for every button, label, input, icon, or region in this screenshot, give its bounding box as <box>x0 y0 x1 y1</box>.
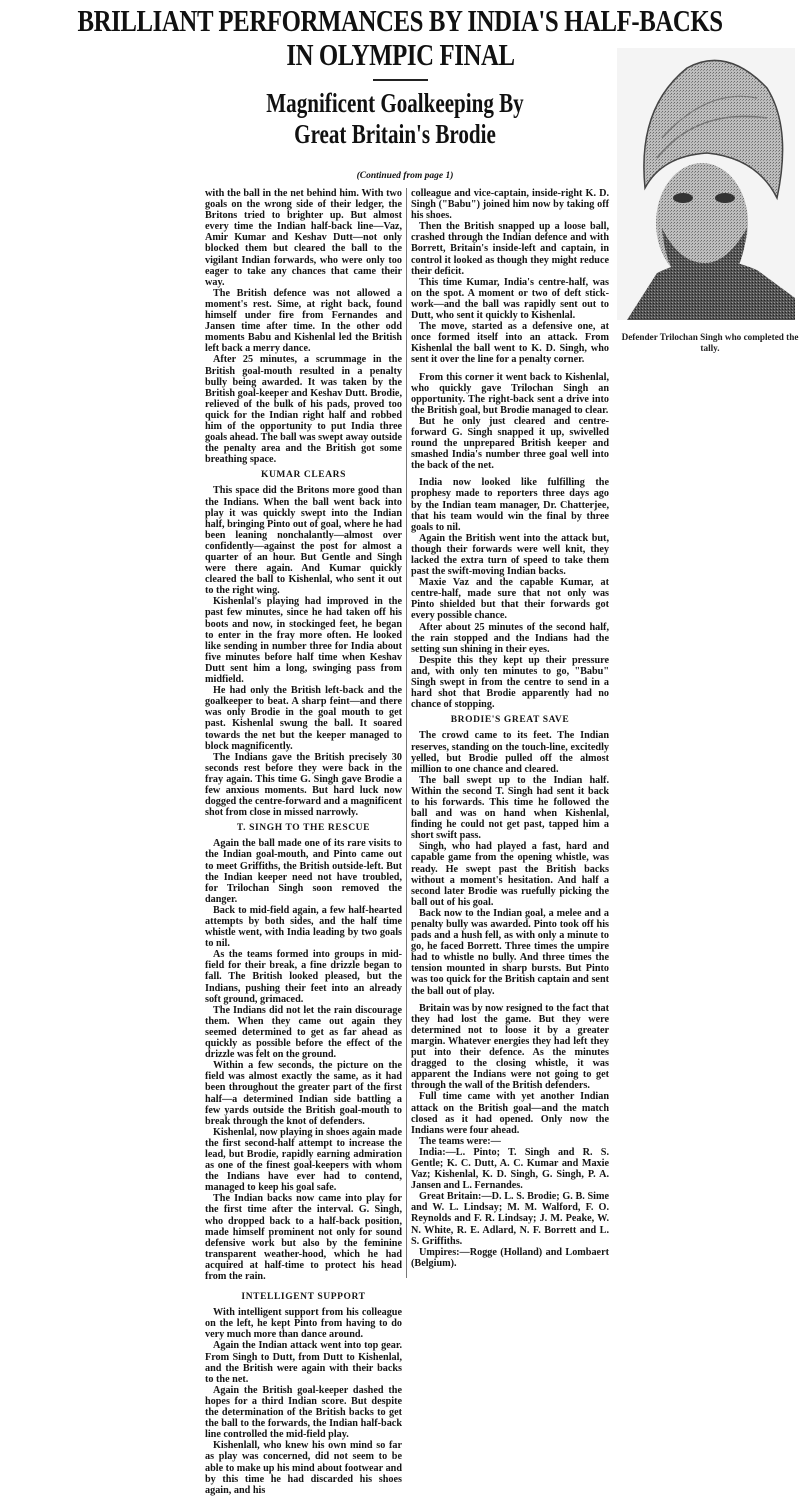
section-heading: INTELLIGENT SUPPORT <box>205 1292 402 1303</box>
paragraph: Again the ball made one of its rare visi… <box>205 838 402 905</box>
paragraph: With intelligent support from his collea… <box>205 1307 402 1340</box>
paragraph: After 25 minutes, a scrummage in the Bri… <box>205 354 402 465</box>
paragraph: with the ball in the net behind him. Wit… <box>205 188 402 288</box>
paragraph: Britain was by now resigned to the fact … <box>411 1003 609 1092</box>
paragraph: colleague and vice-captain, inside-right… <box>411 188 609 221</box>
paragraph: The ball swept up to the Indian half. Wi… <box>411 775 609 842</box>
paragraph: Within a few seconds, the picture on the… <box>205 1060 402 1127</box>
photo-caption: Defender Trilochan Singh who completed t… <box>620 332 800 354</box>
paragraph: Again the Indian attack went into top ge… <box>205 1340 402 1384</box>
team-list-india: India:—L. Pinto; T. Singh and R. S. Gent… <box>411 1147 609 1191</box>
subhead-line-2: Great Britain's Brodie <box>212 119 579 150</box>
paragraph: Back now to the Indian goal, a melee and… <box>411 908 609 997</box>
team-list-great-britain: Great Britain:—D. L. S. Brodie; G. B. Si… <box>411 1191 609 1246</box>
paragraph: Kishenlal, now playing in shoes again ma… <box>205 1127 402 1194</box>
paragraph: India now looked like fulfilling the pro… <box>411 477 609 532</box>
headline-line-1: BRILLIANT PERFORMANCES BY INDIA'S HALF-B… <box>0 4 800 38</box>
paragraph: Maxie Vaz and the capable Kumar, at cent… <box>411 577 609 621</box>
headline-divider <box>373 79 428 81</box>
paragraph: Then the British snapped up a loose ball… <box>411 221 609 276</box>
paragraph: Kishenlal's playing had improved in the … <box>205 596 402 685</box>
paragraph: The Indian backs now came into play for … <box>205 1193 402 1282</box>
paragraph: From this corner it went back to Kishenl… <box>411 372 609 416</box>
article-column-left: with the ball in the net behind him. Wit… <box>205 188 402 1496</box>
paragraph: But he only just cleared and centre-forw… <box>411 416 609 471</box>
paragraph: This space did the Britons more good tha… <box>205 485 402 596</box>
paragraph: He had only the British left-back and th… <box>205 685 402 752</box>
paragraph: The Indians did not let the rain discour… <box>205 1005 402 1060</box>
paragraph: Again the British went into the attack b… <box>411 533 609 577</box>
continued-note: (Continued from page 1) <box>200 171 610 181</box>
subhead-line-1: Magnificent Goalkeeping By <box>212 88 579 119</box>
paragraph: Kishenlall, who knew his own mind so far… <box>205 1440 402 1495</box>
portrait-icon <box>617 48 795 320</box>
article-column-right: colleague and vice-captain, inside-right… <box>411 188 609 1269</box>
paragraph: This time Kumar, India's centre-half, wa… <box>411 277 609 321</box>
portrait-photo <box>617 48 795 320</box>
section-heading: BRODIE'S GREAT SAVE <box>411 715 609 726</box>
paragraph: Singh, who had played a fast, hard and c… <box>411 841 609 908</box>
paragraph: Despite this they kept up their pressure… <box>411 655 609 710</box>
paragraph: Back to mid-field again, a few half-hear… <box>205 905 402 949</box>
paragraph: The British defence was not allowed a mo… <box>205 288 402 355</box>
paragraph: As the teams formed into groups in mid-f… <box>205 949 402 1004</box>
umpires: Umpires:—Rogge (Holland) and Lombaert (B… <box>411 1247 609 1269</box>
paragraph: The Indians gave the British precisely 3… <box>205 752 402 819</box>
paragraph: The teams were:— <box>411 1136 609 1147</box>
section-heading: KUMAR CLEARS <box>205 470 402 481</box>
paragraph: Again the British goal-keeper dashed the… <box>205 1385 402 1440</box>
section-heading: T. SINGH TO THE RESCUE <box>205 823 402 834</box>
paragraph: The crowd came to its feet. The Indian r… <box>411 730 609 774</box>
column-divider <box>406 188 407 1278</box>
subheadline: Magnificent Goalkeeping By Great Britain… <box>212 88 579 150</box>
paragraph: After about 25 minutes of the second hal… <box>411 622 609 655</box>
paragraph: Full time came with yet another Indian a… <box>411 1091 609 1135</box>
paragraph: The move, started as a defensive one, at… <box>411 321 609 365</box>
